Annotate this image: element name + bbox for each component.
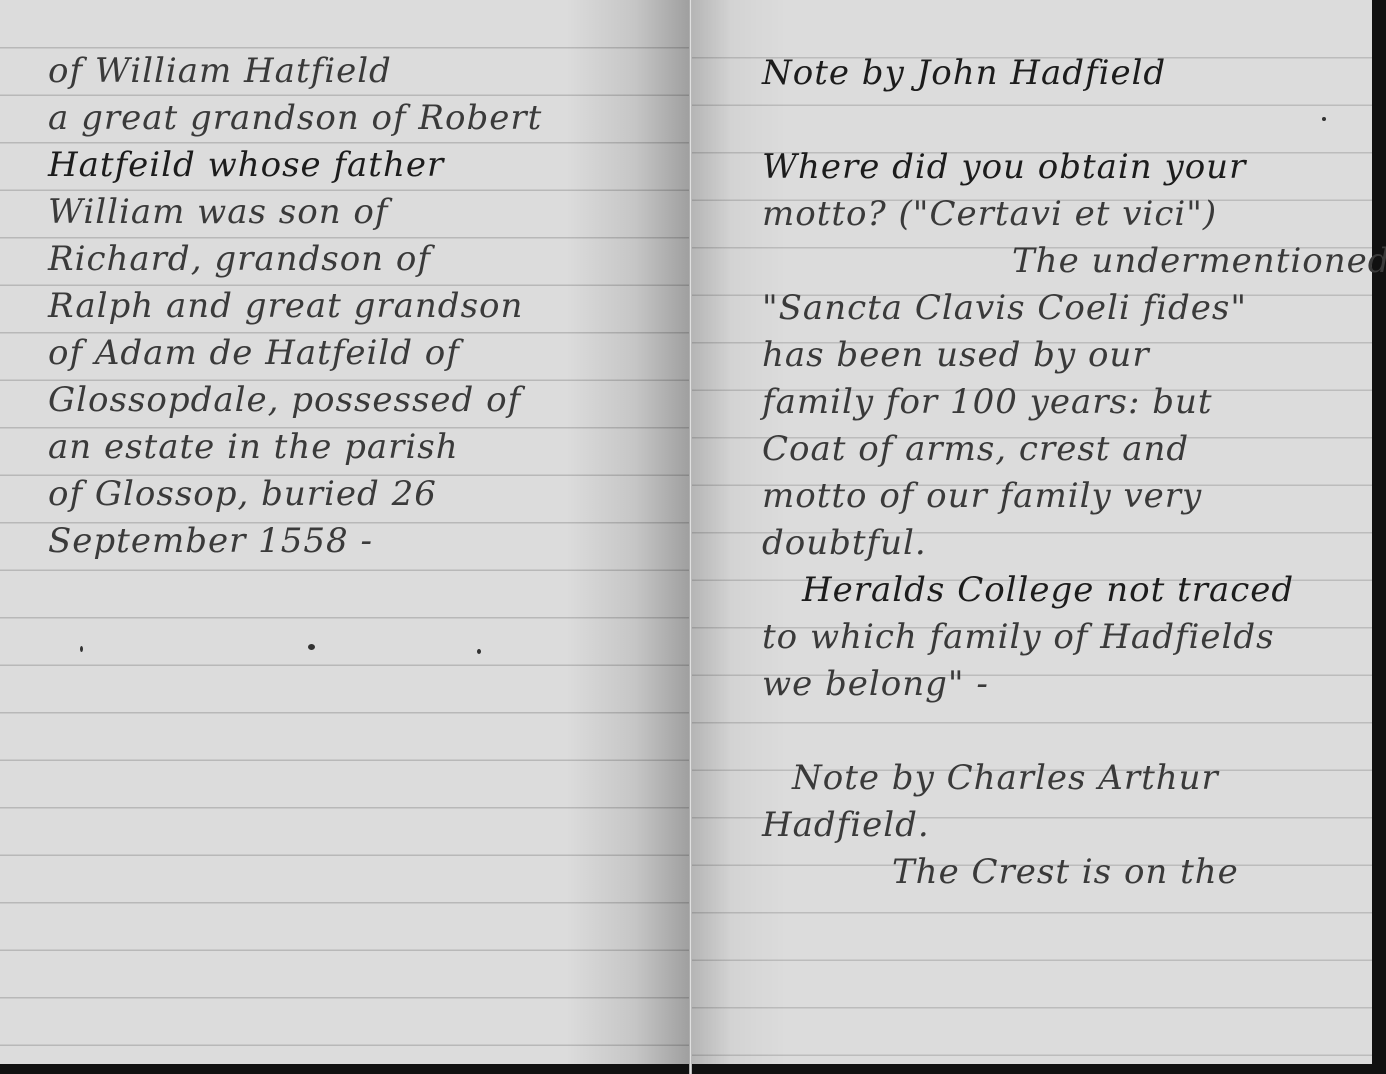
handwritten-line: Where did you obtain your <box>762 144 1386 191</box>
ink-speck <box>1322 117 1326 121</box>
blank-line <box>762 97 1386 144</box>
left-page-text: of William Hatfield a great grandson of … <box>48 48 542 565</box>
blank-line <box>762 708 1386 755</box>
handwritten-line: of William Hatfield <box>48 48 542 95</box>
handwritten-line: Note by Charles Arthur <box>762 755 1386 802</box>
handwritten-line: an estate in the parish <box>48 424 542 471</box>
handwritten-line: of Adam de Hatfeild of <box>48 330 542 377</box>
handwritten-line: to which family of Hadfields <box>762 614 1386 661</box>
handwritten-line: September 1558 - <box>48 518 542 565</box>
notebook-spine <box>689 0 692 1074</box>
ink-speck <box>477 649 481 654</box>
handwritten-line: motto? ("Certavi et vici") <box>762 191 1386 238</box>
handwritten-line: a great grandson of Robert <box>48 95 542 142</box>
handwritten-line: has been used by our <box>762 332 1386 379</box>
handwritten-line: "Sancta Clavis Coeli fides" <box>762 285 1386 332</box>
right-page-text: Note by John Hadfield Where did you obta… <box>762 50 1386 896</box>
handwritten-line: family for 100 years: but <box>762 379 1386 426</box>
handwritten-line: William was son of <box>48 189 542 236</box>
handwritten-line: we belong" - <box>762 661 1386 708</box>
handwritten-line: Heralds College not traced <box>762 567 1386 614</box>
handwritten-line: Ralph and great grandson <box>48 283 542 330</box>
handwritten-line: Hatfeild whose father <box>48 142 542 189</box>
handwritten-line: The Crest is on the <box>762 849 1386 896</box>
handwritten-line: Richard, grandson of <box>48 236 542 283</box>
handwritten-line: Glossopdale, possessed of <box>48 377 542 424</box>
handwritten-line: Hadfield. <box>762 802 1386 849</box>
handwritten-line: of Glossop, buried 26 <box>48 471 542 518</box>
ink-speck <box>308 644 315 650</box>
ink-speck <box>80 646 83 652</box>
handwritten-line: motto of our family very <box>762 473 1386 520</box>
handwritten-line: doubtful. <box>762 520 1386 567</box>
handwritten-line: The undermentioned <box>762 238 1386 285</box>
handwritten-line: Coat of arms, crest and <box>762 426 1386 473</box>
handwritten-line: Note by John Hadfield <box>762 50 1386 97</box>
